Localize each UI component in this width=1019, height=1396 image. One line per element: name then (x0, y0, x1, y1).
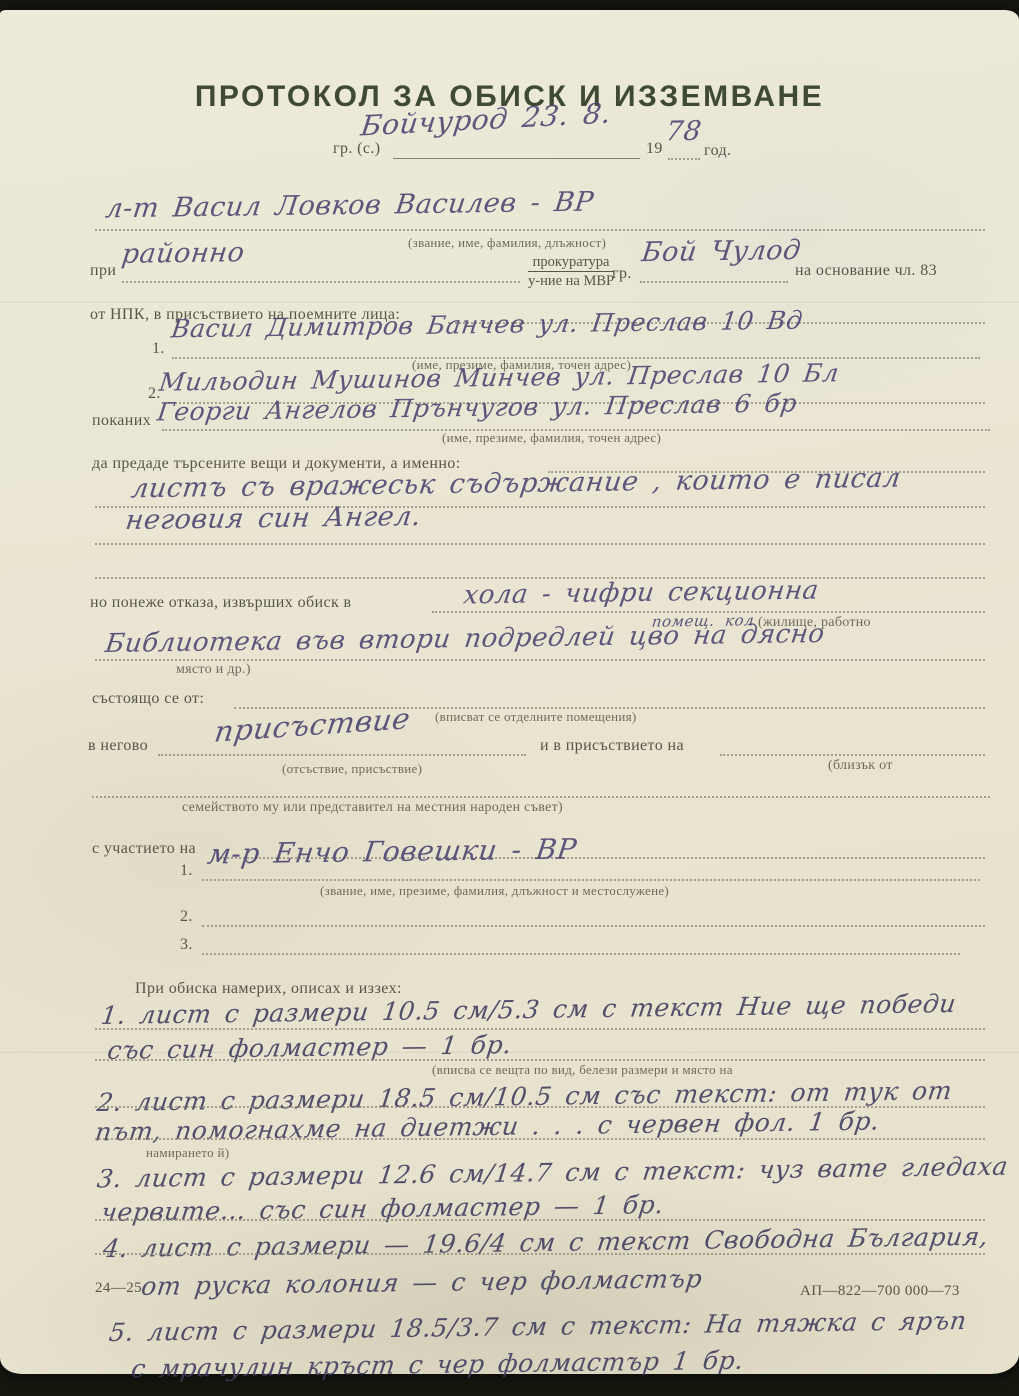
participant-number-1: 1. (180, 862, 193, 880)
legal-basis-label: на основание чл. 83 (795, 262, 937, 280)
dotted-line (122, 281, 520, 283)
participant-number-3: 3. (180, 936, 193, 954)
family-representative-caption: семейството му или представител на местн… (182, 800, 563, 816)
handwritten-authority: районно (120, 237, 247, 270)
page-code: 24—25 (95, 1280, 142, 1297)
in-presence-of-label: и в присъствието на (540, 737, 684, 755)
year-prefix: 19 (646, 140, 663, 158)
handwritten-city: Бой Чулод (640, 235, 803, 268)
dotted-line (95, 1219, 985, 1221)
dotted-line (202, 925, 985, 927)
dotted-line (95, 229, 985, 231)
dotted-line (95, 1028, 985, 1030)
name-caption-2: (име, презиме, фамилия, точен адрес) (442, 430, 661, 446)
pri-label: при (90, 262, 116, 280)
dotted-line (95, 1138, 985, 1140)
prosecutor-or-mvr-choice: прокуратура у-ние на МВР (528, 253, 614, 290)
dotted-line (95, 1253, 985, 1255)
dotted-line (720, 754, 985, 756)
handwritten-participant: м-р Енчо Говешки - ВР (206, 832, 579, 870)
dotted-line (640, 281, 788, 283)
prokuratura-label: прокуратура (528, 253, 614, 272)
dotted-line (668, 158, 700, 160)
scanned-document: { "labels": { "title": "ПРОТОКОЛ ЗА ОБИС… (0, 0, 1019, 1396)
unie-mvr-label: у-ние на МВР (528, 272, 614, 290)
fold-crease (0, 300, 1019, 303)
participant-number-2: 2. (180, 908, 193, 926)
rooms-caption: (вписват се отделните помещения) (435, 709, 637, 725)
pokanih-label: поканих (92, 412, 151, 430)
dotted-line (92, 796, 990, 798)
dotted-line (158, 754, 526, 756)
items-description-caption: (вписва се вещта по вид, белези размери … (432, 1062, 733, 1078)
consisting-of-label: състоящо се от: (92, 690, 204, 708)
dotted-line (95, 1059, 985, 1061)
handwritten-search-place: хола - чифри секционна (462, 576, 821, 611)
place-etc-caption: място и др.) (176, 662, 251, 678)
underline (393, 158, 640, 159)
year-suffix: год. (704, 142, 731, 160)
place-label: гр. (с.) (333, 140, 381, 158)
handwritten-sought-items-2: неговия син Ангел. (124, 501, 423, 536)
handwritten-year: 78 (664, 116, 703, 147)
with-participation-label: с участието на (92, 840, 196, 858)
city-label: гр. (612, 265, 632, 283)
print-run-code: АП—822—700 000—73 (800, 1283, 960, 1300)
dotted-line (95, 543, 985, 545)
list-number-1: 1. (152, 340, 165, 358)
search-refused-label: но понеже отказа, извърших обиск в (90, 594, 352, 612)
in-his-label: в негово (88, 737, 148, 755)
where-found-caption: намирането й) (146, 1145, 229, 1161)
rank-caption: (звание, име, фамилия, длъжност) (408, 235, 606, 251)
found-items-label: При обиска намерих, описах и иззех: (135, 980, 402, 998)
dotted-line (202, 953, 960, 955)
dotted-line (202, 879, 980, 881)
rank-caption-2: (звание, име, презиме, фамилия, длъжност… (320, 883, 669, 899)
relative-caption: (близък от (828, 758, 893, 774)
absence-presence-caption: (отсъствие, присъствие) (282, 761, 422, 777)
dotted-line (95, 659, 985, 661)
